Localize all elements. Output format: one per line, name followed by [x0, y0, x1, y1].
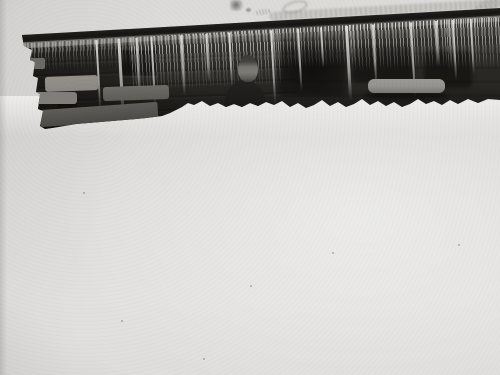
photo-vignette: [0, 0, 500, 375]
photograph: [0, 0, 500, 375]
